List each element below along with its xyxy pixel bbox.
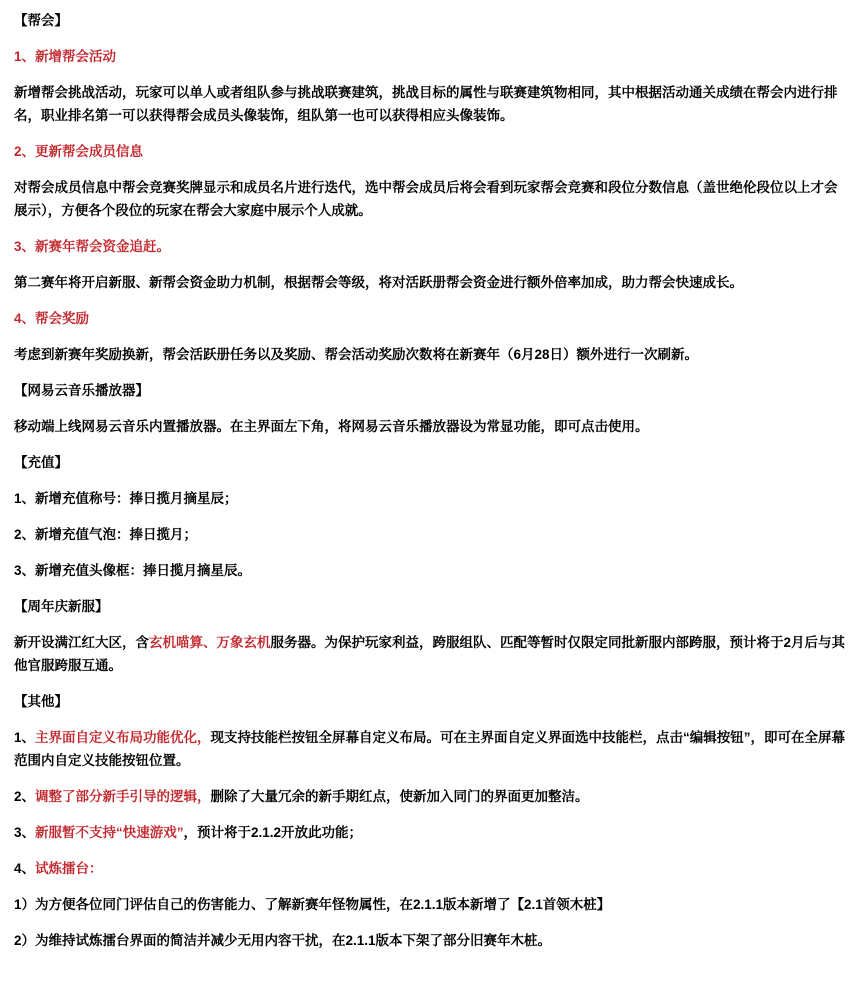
paragraph: 对帮会成员信息中帮会竞赛奖牌显示和成员名片进行迭代，选中帮会成员后将会看到玩家帮…: [14, 176, 846, 222]
text-run: 3、: [14, 825, 35, 840]
red-subheading: 3、新赛年帮会资金追赶。: [14, 235, 846, 258]
highlight-text: 调整了部分新手引导的逻辑，: [35, 789, 211, 804]
section-heading: 【其他】: [14, 690, 846, 713]
red-subheading: 2、更新帮会成员信息: [14, 140, 846, 163]
text-run: 1、: [14, 730, 35, 745]
highlight-text: 试炼擂台：: [35, 861, 103, 876]
text-run: ，预计将于2.1.2开放此功能；: [184, 825, 363, 840]
section-heading: 【周年庆新服】: [14, 595, 846, 618]
highlight-text: 主界面自定义布局功能优化，: [35, 730, 211, 745]
patch-notes-document: 【帮会】1、新增帮会活动新增帮会挑战活动，玩家可以单人或者组队参与挑战联赛建筑，…: [0, 0, 860, 981]
text-run: 新开设满江红大区，含: [14, 635, 149, 650]
paragraph: 移动端上线网易云音乐内置播放器。在主界面左下角，将网易云音乐播放器设为常显功能，…: [14, 415, 846, 438]
paragraph: 3、新增充值头像框：捧日揽月摘星辰。: [14, 559, 846, 582]
paragraph: 2、新增充值气泡：捧日揽月；: [14, 523, 846, 546]
text-run: 2、: [14, 789, 35, 804]
highlight-text: 新服暂不支持“快速游戏”: [35, 825, 184, 840]
red-subheading: 1、新增帮会活动: [14, 45, 846, 68]
paragraph: 1、主界面自定义布局功能优化，现支持技能栏按钮全屏幕自定义布局。可在主界面自定义…: [14, 726, 846, 772]
section-heading: 【帮会】: [14, 9, 846, 32]
text-run: 删除了大量冗余的新手期红点，使新加入同门的界面更加整洁。: [211, 789, 589, 804]
section-heading: 【网易云音乐播放器】: [14, 379, 846, 402]
section-heading: 【充值】: [14, 451, 846, 474]
paragraph: 1）为方便各位同门评估自己的伤害能力、了解新赛年怪物属性，在2.1.1版本新增了…: [14, 893, 846, 916]
paragraph: 2）为维持试炼擂台界面的简洁并减少无用内容干扰，在2.1.1版本下架了部分旧赛年…: [14, 929, 846, 952]
paragraph: 1、新增充值称号：捧日揽月摘星辰；: [14, 487, 846, 510]
paragraph: 4、试炼擂台：: [14, 857, 846, 880]
text-run: 4、: [14, 861, 35, 876]
paragraph: 新增帮会挑战活动，玩家可以单人或者组队参与挑战联赛建筑，挑战目标的属性与联赛建筑…: [14, 81, 846, 127]
paragraph: 2、调整了部分新手引导的逻辑，删除了大量冗余的新手期红点，使新加入同门的界面更加…: [14, 785, 846, 808]
paragraph: 第二赛年将开启新服、新帮会资金助力机制，根据帮会等级，将对活跃册帮会资金进行额外…: [14, 271, 846, 294]
paragraph: 新开设满江红大区，含玄机喵算、万象玄机服务器。为保护玩家利益，跨服组队、匹配等暂…: [14, 631, 846, 677]
highlight-text: 玄机喵算、万象玄机: [149, 635, 271, 650]
paragraph: 考虑到新赛年奖励换新，帮会活跃册任务以及奖励、帮会活动奖励次数将在新赛年（6月2…: [14, 343, 846, 366]
paragraph: 3、新服暂不支持“快速游戏”，预计将于2.1.2开放此功能；: [14, 821, 846, 844]
red-subheading: 4、帮会奖励: [14, 307, 846, 330]
